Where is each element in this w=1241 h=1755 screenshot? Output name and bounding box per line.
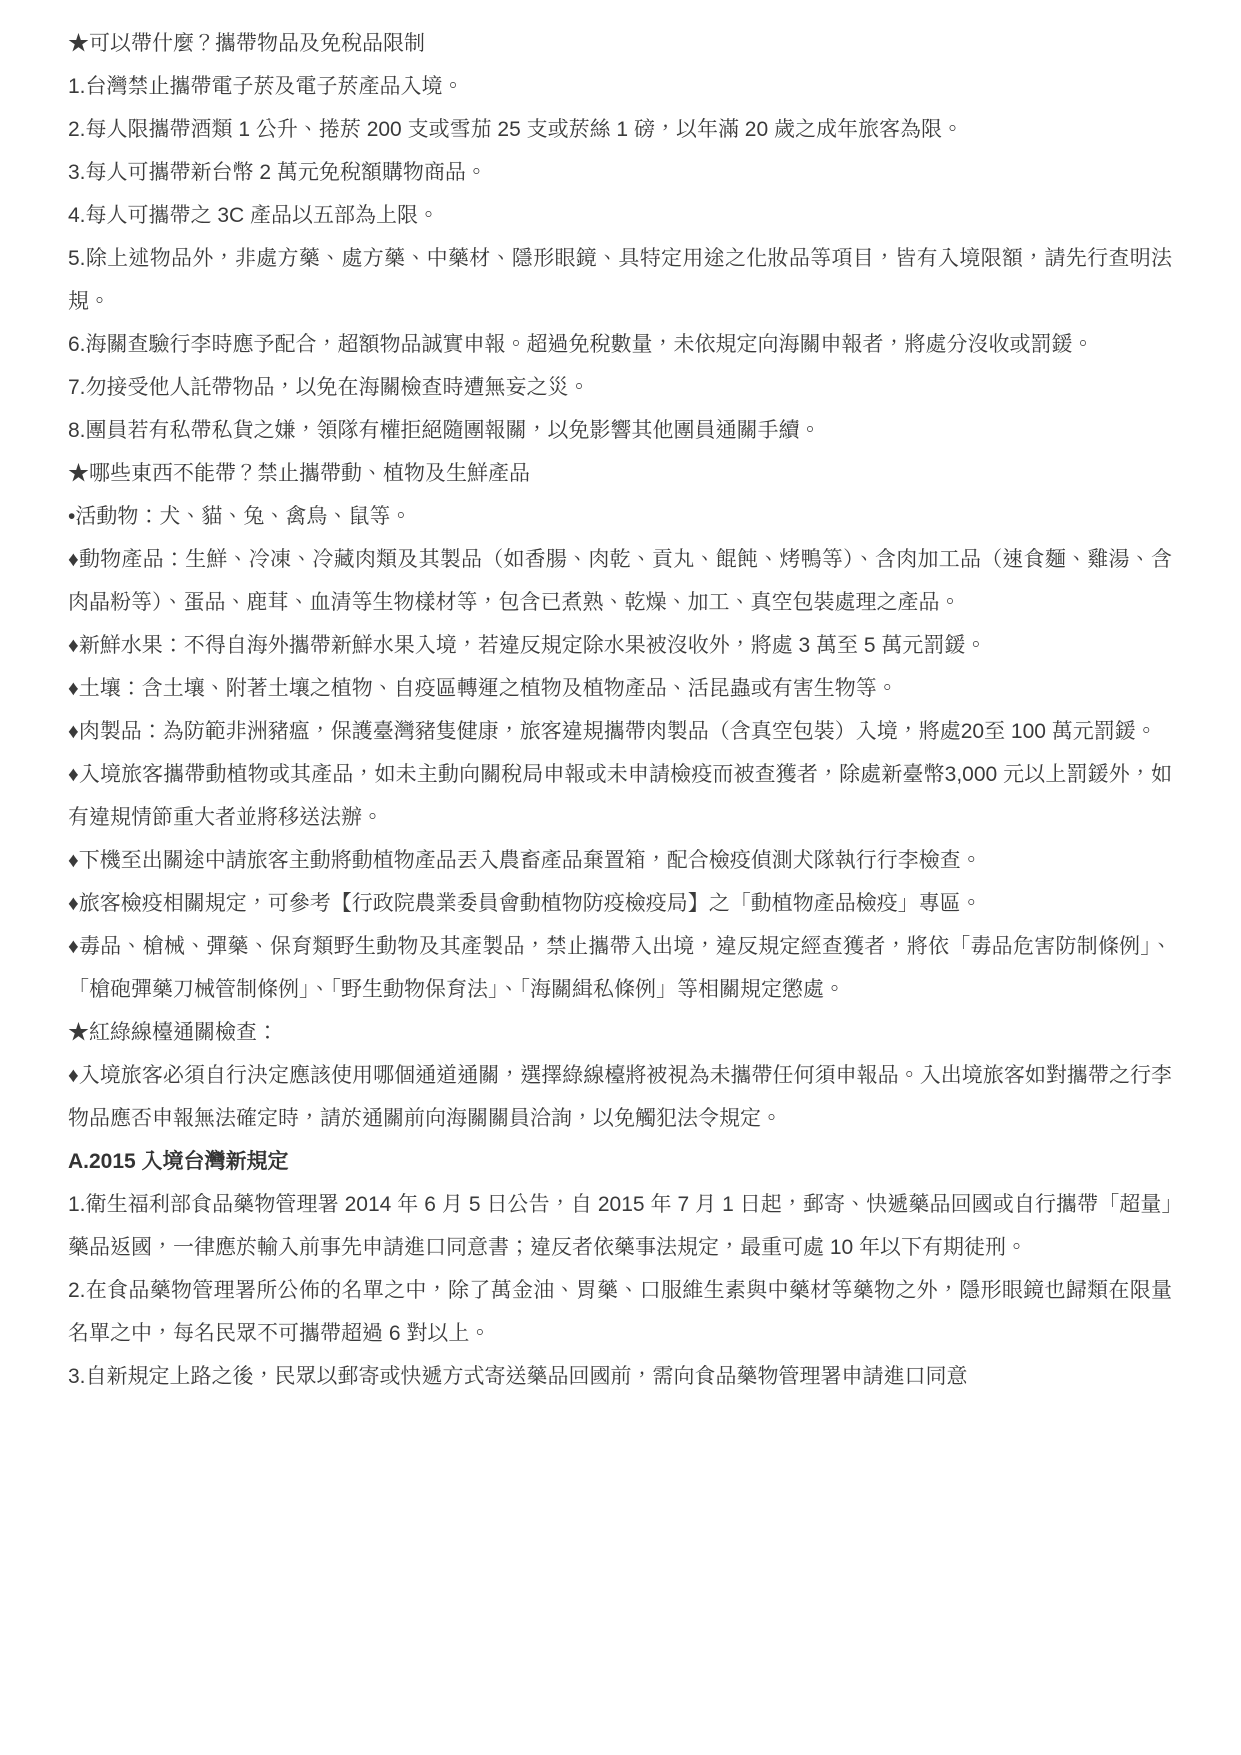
paragraph: 2.每人限攜帶酒類 1 公升、捲菸 200 支或雪茄 25 支或菸絲 1 磅，以… — [68, 108, 1172, 151]
document-page: ★可以帶什麼？攜帶物品及免稅品限制1.台灣禁止攜帶電子菸及電子菸產品入境。2.每… — [0, 0, 1241, 1755]
paragraph: ♦下機至出關途中請旅客主動將動植物產品丟入農畜產品棄置箱，配合檢疫偵測犬隊執行行… — [68, 839, 1172, 882]
paragraph: ♦新鮮水果：不得自海外攜帶新鮮水果入境，若違反規定除水果被沒收外，將處 3 萬至… — [68, 624, 1172, 667]
paragraph: 2.在食品藥物管理署所公佈的名單之中，除了萬金油、胃藥、口服維生素與中藥材等藥物… — [68, 1269, 1172, 1355]
paragraph: •活動物：犬、貓、兔、禽鳥、鼠等。 — [68, 495, 1172, 538]
paragraph: ♦毒品、槍械、彈藥、保育類野生動物及其產製品，禁止攜帶入出境，違反規定經查獲者，… — [68, 925, 1172, 1011]
paragraph: ♦入境旅客攜帶動植物或其產品，如未主動向關稅局申報或未申請檢疫而被查獲者，除處新… — [68, 753, 1172, 839]
paragraph: ♦肉製品：為防範非洲豬瘟，保護臺灣豬隻健康，旅客違規攜帶肉製品（含真空包裝）入境… — [68, 710, 1172, 753]
section-heading: ★哪些東西不能帶？禁止攜帶動、植物及生鮮產品 — [68, 452, 1172, 495]
paragraph: ♦旅客檢疫相關規定，可參考【行政院農業委員會動植物防疫檢疫局】之「動植物產品檢疫… — [68, 882, 1172, 925]
paragraph: 1.台灣禁止攜帶電子菸及電子菸產品入境。 — [68, 65, 1172, 108]
paragraph: 7.勿接受他人託帶物品，以免在海關檢查時遭無妄之災。 — [68, 366, 1172, 409]
section-heading: ★可以帶什麼？攜帶物品及免稅品限制 — [68, 22, 1172, 65]
paragraph: ♦土壤：含土壤、附著土壤之植物、自疫區轉運之植物及植物產品、活昆蟲或有害生物等。 — [68, 667, 1172, 710]
paragraph: 3.每人可攜帶新台幣 2 萬元免稅額購物商品。 — [68, 151, 1172, 194]
paragraph: 6.海關查驗行李時應予配合，超額物品誠實申報。超過免稅數量，未依規定向海關申報者… — [68, 323, 1172, 366]
document-body: ★可以帶什麼？攜帶物品及免稅品限制1.台灣禁止攜帶電子菸及電子菸產品入境。2.每… — [68, 22, 1172, 1398]
paragraph: ♦動物產品：生鮮、冷凍、冷藏肉類及其製品（如香腸、肉乾、貢丸、餛飩、烤鴨等）、含… — [68, 538, 1172, 624]
section-heading: A.2015 入境台灣新規定 — [68, 1140, 1172, 1183]
paragraph: 4.每人可攜帶之 3C 產品以五部為上限。 — [68, 194, 1172, 237]
paragraph: ♦入境旅客必須自行決定應該使用哪個通道通關，選擇綠線檯將被視為未攜帶任何須申報品… — [68, 1054, 1172, 1140]
paragraph: 5.除上述物品外，非處方藥、處方藥、中藥材、隱形眼鏡、具特定用途之化妝品等項目，… — [68, 237, 1172, 323]
section-heading: ★紅綠線檯通關檢查： — [68, 1011, 1172, 1054]
paragraph: 1.衛生福利部食品藥物管理署 2014 年 6 月 5 日公告，自 2015 年… — [68, 1183, 1172, 1269]
paragraph: 8.團員若有私帶私貨之嫌，領隊有權拒絕隨團報關，以免影響其他團員通關手續。 — [68, 409, 1172, 452]
paragraph: 3.自新規定上路之後，民眾以郵寄或快遞方式寄送藥品回國前，需向食品藥物管理署申請… — [68, 1355, 1172, 1398]
